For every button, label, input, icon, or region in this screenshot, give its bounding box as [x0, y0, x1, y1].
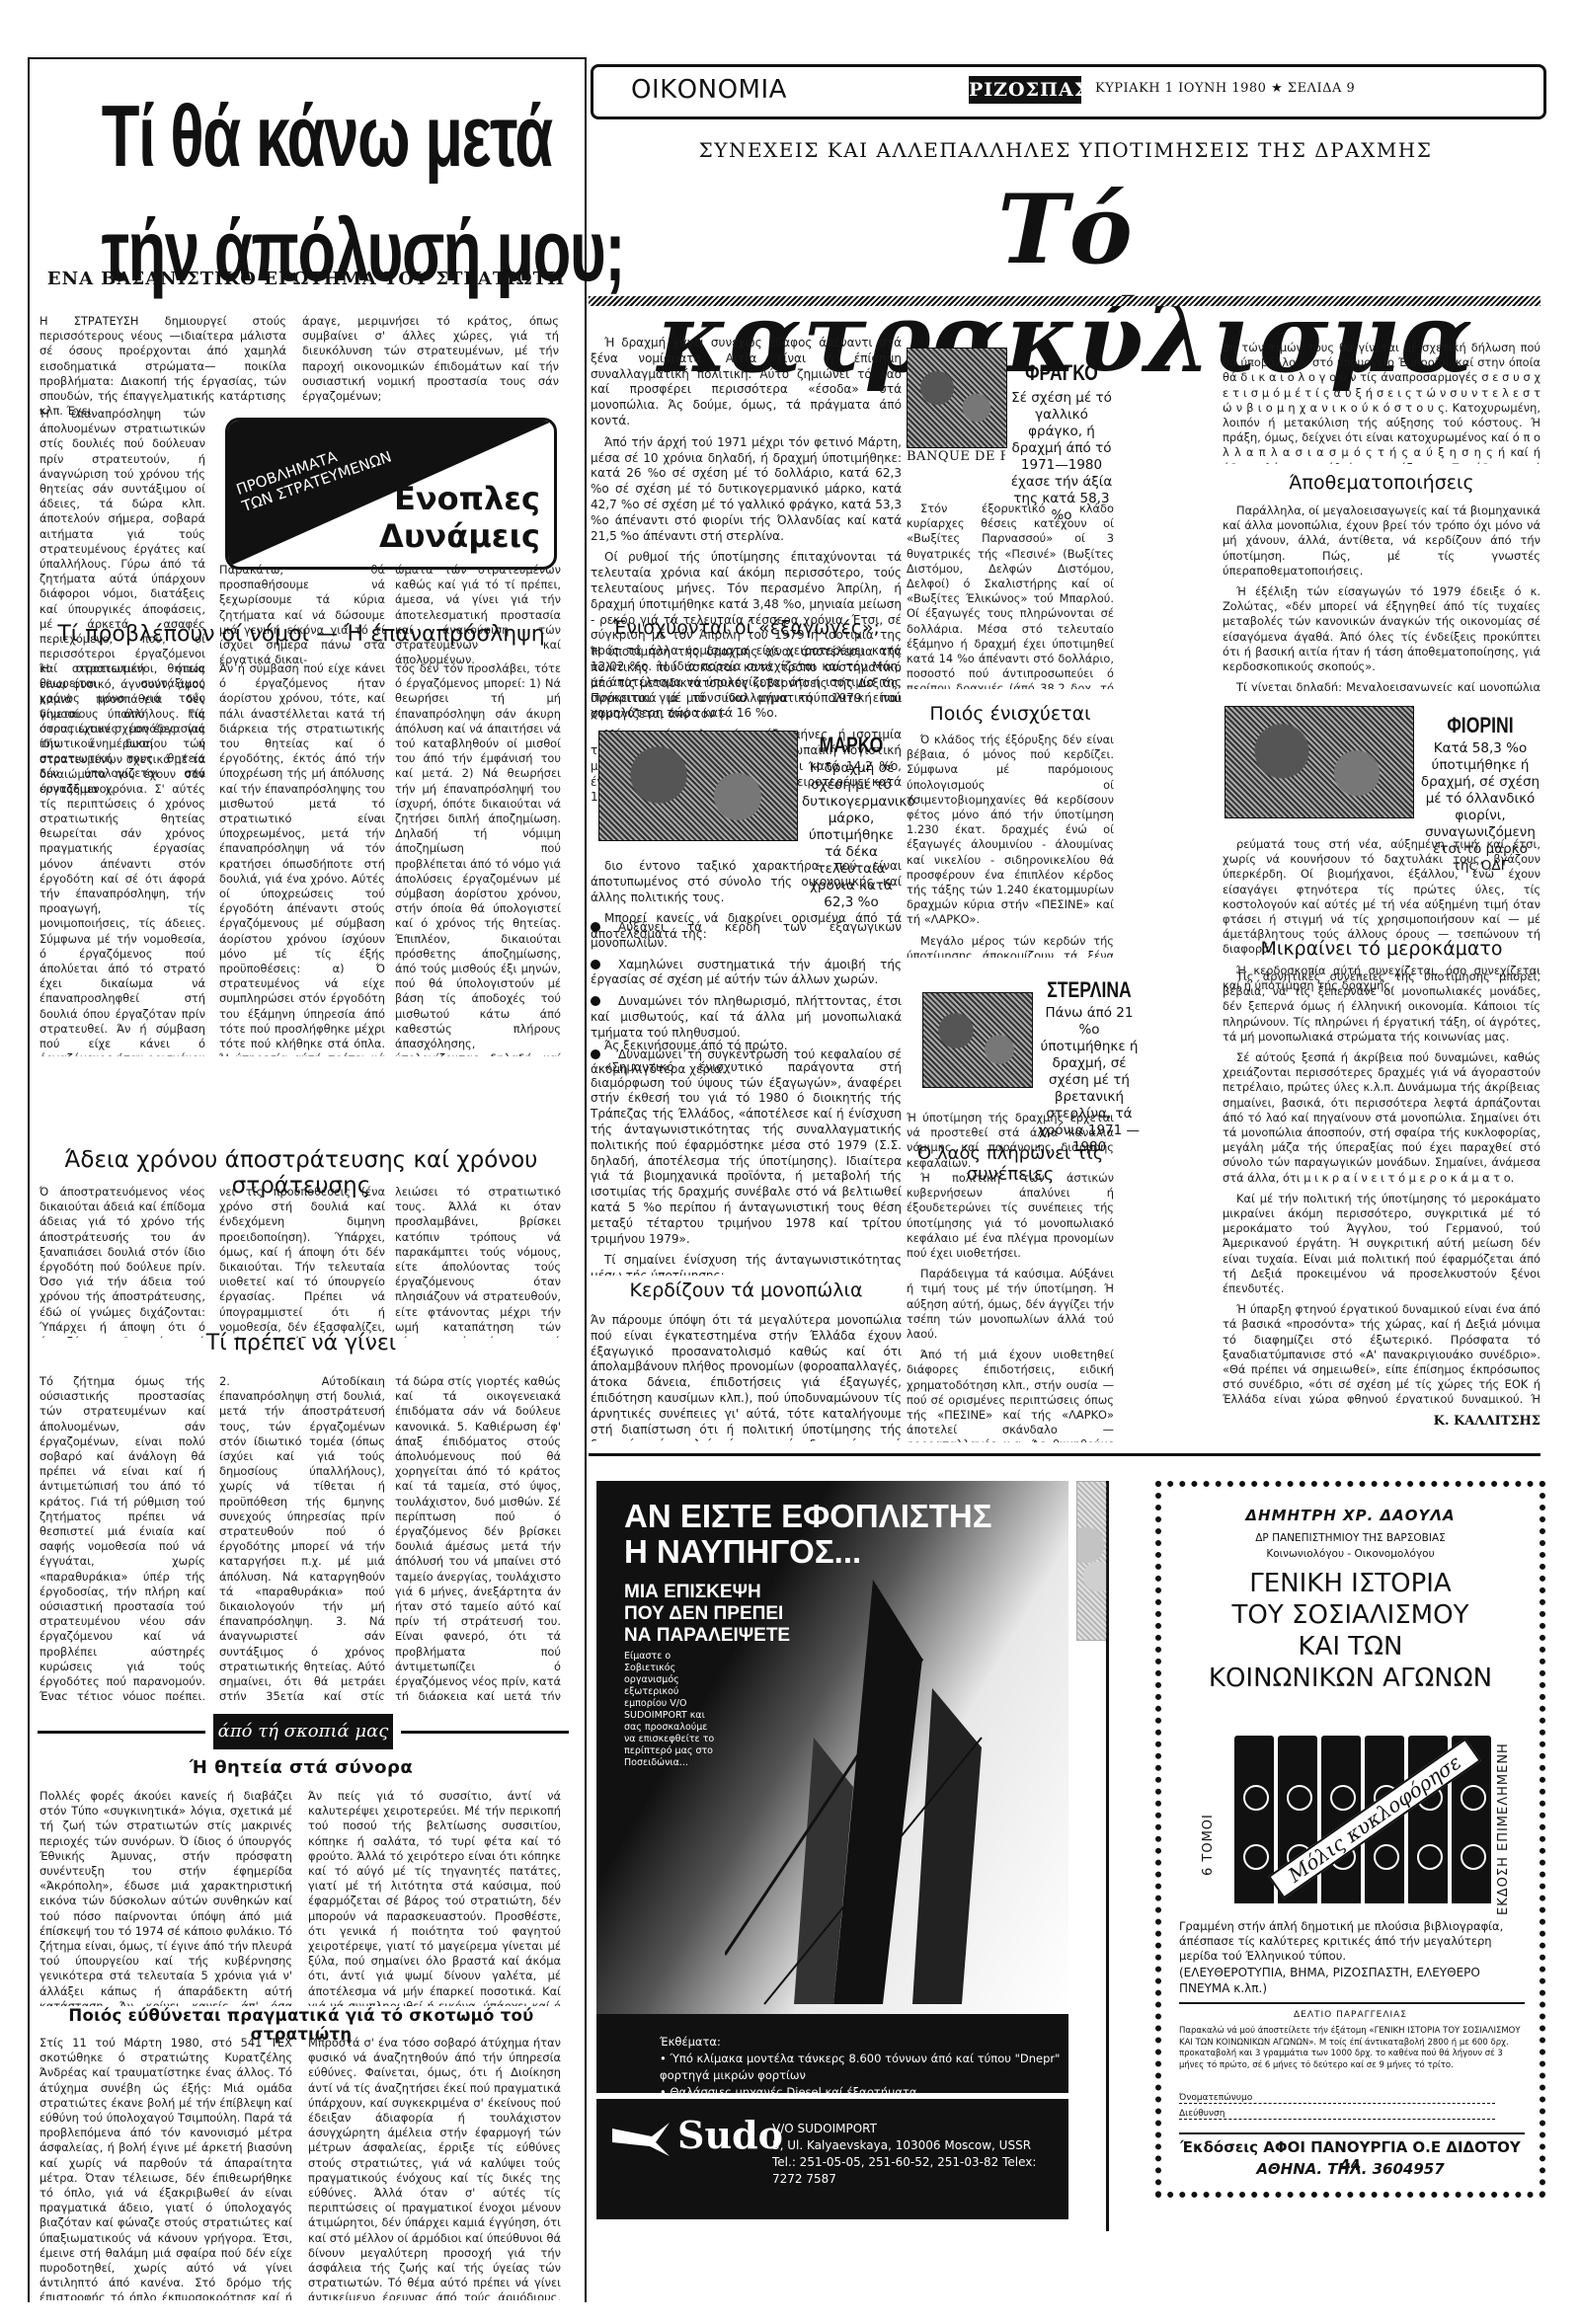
must-do-col-3: τά δώρα στίς γιορτές καθώς καί τά οικογε… [395, 1374, 561, 1700]
monopoly-heading: Κερδίζουν τά μονοπώλια [591, 1279, 902, 1301]
death-col-1: Στίς 11 τού Μάρτη 1980, στό 541 ΤΕΧ σκοτ… [39, 2036, 292, 2300]
below-banner-1: Παρακάτω, θά προσπαθήσουμε νά ξεχωρίσουμ… [219, 563, 385, 667]
laws-col-1: Ή στρατιωτική θητεία θεωρείται συντάξιμο… [39, 661, 205, 1056]
ad-footer: Sudo V/O SUDOIMPORT 5, Ul. Kalyaevskaya,… [596, 2093, 1068, 2198]
volumes-label: 6 ΤΟΜΟΙ [1201, 1814, 1216, 1876]
bullet-item: Χαμηλώνει συστηματικά τήν άμοιβή τής έργ… [591, 958, 902, 989]
leave-col-3: λειώσει τό στρατιωτικό τους. Άλλά κι ότα… [395, 1185, 561, 1338]
sudo-logo-icon [612, 2123, 671, 2158]
edition-label: ΕΚΔΟΣΗ ΕΠΙΜΕΛΗΜΕΝΗ [1496, 1743, 1511, 1915]
pound-banknote-image [922, 992, 1033, 1088]
laws-col-2: Άν ή σύμβαση πού είχε κάνει ό έργαζόμενο… [219, 661, 385, 1056]
exports-para: Ή ύποτίμηση τής δραχμής είναι άποτέλεσμα… [591, 645, 902, 723]
partial-image [1076, 1481, 1108, 1641]
death-col-2: Μπροστά σ' ένα τόσο σοβαρό άτύχημα ήταν … [308, 2036, 561, 2300]
florin-title: ΦΙΟΡΙΝΙ [1432, 713, 1529, 738]
newspaper-logo: ΡΙΖΟΣΠΑΣΤΗΣ [969, 76, 1081, 104]
exhibit-item: • Ύπό κλίμακα μοντέλα τάνκερς 8.600 τόνν… [660, 2051, 1068, 2084]
florin-banknote-image [1224, 706, 1414, 818]
franc-banknote-caption: BANQUE DE FRANCE [907, 449, 1005, 464]
ad-headline-2: Η ΝΑΥΠΗΓΟΣ... [624, 1534, 861, 1570]
bullet-item: Αύξάνει τά κέρδη τών έξαγωγικών μονοπωλί… [591, 920, 902, 952]
divider-right [401, 1731, 569, 1734]
order-rule-bottom [1179, 2132, 1525, 2134]
intro-right: άραγε, μεριμνήσει τό κράτος, όπως συμβαί… [302, 314, 559, 404]
banner-title: Ένοπλες Δυνάμεις [379, 480, 540, 555]
left-article-subtitle: ΕΝΑ ΒΑΣΑΝΙΣΤΙΚΟ ΕΡΩΤΗΜΑ ΤΟΥ ΣΤΡΑΤΙΩΤΗ [30, 269, 583, 289]
book-advertisement: ΔΗΜΗΤΡΗ ΧΡ. ΔΑΟΥΛΑ ΔΡ ΠΑΝΕΠΙΣΤΗΜΙΟΥ ΤΗΣ … [1155, 1481, 1545, 2198]
section-label: ΟΙΚΟΝΟΜΙΑ [631, 75, 787, 105]
publisher-line-2: ΑΘΗΝΑ. ΤΗΛ. 3604957 [1175, 2160, 1526, 2178]
book-profession: Κοινωνιολόγου - Οικονομολόγου [1175, 1548, 1526, 1560]
section-heading-must-do: Τί πρέπει νά γίνει [39, 1331, 563, 1356]
title-line-2: τήν άπόλυσή μου; [102, 194, 471, 308]
book-credential: ΔΡ ΠΑΝΕΠΙΣΤΗΜΙΟΥ ΤΗΣ ΒΑΡΣΟΒΙΑΣ [1175, 1532, 1526, 1544]
ad-sub-3: ΝΑ ΠΑΡΑΛΕΙΨΕΤΕ [624, 1625, 790, 1647]
sudoimport-advertisement: ΑΝ ΕΙΣΤΕ ΕΦΟΠΛΙΣΤΗΣ Η ΝΑΥΠΗΓΟΣ... ΜΙΑ ΕΠ… [596, 1481, 1068, 2219]
must-do-col-1: Τό ζήτημα όμως τής ούσιαστικής προστασία… [39, 1374, 205, 1700]
book-blurb: Γραμμένη στήν άπλή δημοτική με πλούσια β… [1179, 1919, 1525, 1964]
book-author: ΔΗΜΗΤΡΗ ΧΡ. ΔΑΟΥΛΑ [1175, 1507, 1526, 1524]
name-field[interactable]: Όνοματεπώνυμο [1179, 2093, 1495, 2104]
franc-banknote-image [907, 348, 1007, 448]
after-bullets: Άς ξεκινήσουμε άπό τό πρώτο. «Σημαντικό … [591, 1039, 902, 1276]
hoard-paras: Παράλληλα, οί μεγαλοεισαγωγείς καί τά βι… [1223, 504, 1540, 691]
ad-sub-2: ΠΟΥ ΔΕΝ ΠΡΕΠΕΙ [624, 1603, 783, 1625]
order-form-title: ΔΕΛΤΙΟ ΠΑΡΑΓΓΕΛΙΑΣ [1175, 2010, 1526, 2020]
pound-title: ΣΤΕΡΛΙΝΑ [1046, 977, 1133, 1003]
sudo-contact: V/O SUDOIMPORT 5, Ul. Kalyaevskaya, 1030… [772, 2121, 1068, 2188]
bullet-icon [591, 996, 600, 1006]
must-do-col-2: 2. Αύτοδίκαιη έπαναπρόσληψη στή δουλιά, … [219, 1374, 385, 1700]
monopoly-para: Άν πάρουμε ύπόψη ότι τά μεγαλύτερα μονοπ… [591, 1313, 902, 1441]
article-bottom-rule [589, 1453, 1540, 1456]
address-field[interactable]: Διεύθυνση [1179, 2109, 1495, 2120]
sudo-brand: Sudo [677, 2113, 783, 2157]
books-illustration: Μόλις κυκλοφόρησε [1234, 1736, 1491, 1913]
border-col-2: Άν πείς γιά τό συσσίτιο, άντί νά καλυτερ… [308, 1789, 561, 2006]
book-volume [1234, 1736, 1274, 1903]
section-heading-laws: Τί προβλέπουν οί νόμοι — Ή έπαναπρόσληψη [39, 622, 563, 647]
order-rule-top [1179, 2002, 1525, 2004]
who-paras: Ό κλάδος τής έξόρυξης δέν είναι βέβαια, … [907, 733, 1114, 958]
article-kicker: ΣΥΝΕΧΕΙΣ ΚΑΙ ΑΛΛΕΠΑΛΛΗΛΕΣ ΥΠΟΤΙΜΗΣΕΙΣ ΤΗ… [591, 138, 1540, 162]
ad-small-intro: Είμαστε ο Σοβιετικός οργανισμός εξωτερικ… [624, 1651, 719, 1769]
franc-title: ΦΡΑΓΚΟ [1018, 360, 1105, 386]
mark-title: ΜΑΡΚΟ [812, 733, 891, 758]
laws-col-3: τός δέν τόν προσλάβει, τότε ό έργαζόμενο… [395, 661, 561, 1056]
people-paras: Ή πολιτική τών άστικών κυβερνήσεων άπαλύ… [907, 1171, 1114, 1442]
order-form-text: Παρακαλώ νά μού άποστείλετε τήν έξάτομη … [1179, 2026, 1525, 2071]
border-col-1: Πολλές φορές άκούει κανείς ή διαβάζει στ… [39, 1789, 292, 2006]
column-tag: άπό τή σκοπιά μας [213, 1714, 393, 1749]
hoard-heading: Άποθεματοποιήσεις [1223, 472, 1540, 494]
mark-banknote-image [598, 731, 798, 841]
byline: Κ. ΚΑΛΛΙΤΣΗΣ [1412, 1414, 1540, 1429]
bullet-icon [591, 960, 600, 969]
column-tag-bar: άπό τή σκοπιά μας [38, 1714, 569, 1749]
book-title: ΓΕΝΙΚΗ ΙΣΤΟΡΙΑ ΤΟΥ ΣΟΣΙΑΛΙΣΜΟΥ ΚΑΙ ΤΩΝ Κ… [1175, 1568, 1526, 1694]
intro-left: Η ΣΤΡΑΤΕΥΣΗ δημιουργεί στούς περισσότερο… [39, 314, 286, 419]
leave-col-2: νει τίς προϋποθέσεις (ένα χρόνο στή δουλ… [219, 1185, 385, 1338]
bullet-icon [591, 922, 600, 932]
below-banner-2: ώματα τών στρατευμένων καθώς καί γιά τό … [395, 563, 561, 667]
dateline: ΚΥΡΙΑΚΗ 1 ΙΟΥΝΗ 1980 ★ ΣΕΛΙΔΑ 9 [1095, 81, 1355, 96]
right-col3-top: ση τών τιμών τους θά γίνεται μέ σχετική … [1223, 341, 1540, 464]
hatched-divider [589, 296, 1540, 306]
armed-forces-banner: ΠΡΟΒΛΗΜΑΤΑ ΤΩΝ ΣΤΡΑΤΕΥΜΕΝΩΝ Ένοπλες Δυνά… [225, 418, 557, 570]
bullet-item: Δυναμώνει τόν πληθωρισμό, πλήττοντας, έτ… [591, 994, 902, 1041]
page-header-bar: ΟΙΚΟΝΟΜΙΑ ΡΙΖΟΣΠΑΣΤΗΣ ΚΥΡΙΑΚΗ 1 ΙΟΥΝΗ 19… [591, 64, 1546, 119]
ad-headline-1: ΑΝ ΕΙΣΤΕ ΕΦΟΠΛΙΣΤΗΣ [624, 1499, 992, 1534]
title-line-1: Τί θά κάνω μετά [102, 79, 471, 194]
right-col2-paras: Στόν έξορυκτικό κλάδο κυρίαρχες θέσεις κ… [907, 502, 1114, 689]
exports-heading: Ένισχύονται οί «έξαγωγές»; [591, 617, 902, 639]
wage-paras: Τίς άρνητικές συνέπειες τής ύποτίμησης μ… [1223, 969, 1540, 1404]
who-heading: Ποιός ένισχύεται [907, 703, 1114, 725]
book-press: (ΕΛΕΥΘΕΡΟΤΥΠΙΑ, ΒΗΜΑ, ΡΙΖΟΣΠΑΣΤΗ, ΕΛΕΥΘΕ… [1179, 1965, 1525, 1996]
wage-heading: Μικραίνει τό μεροκάματο [1223, 938, 1540, 960]
border-heading: Ή θητεία στά σύνορα [39, 1757, 563, 1778]
ad-sub-1: ΜΙΑ ΕΠΙΣΚΕΨΗ [624, 1582, 761, 1603]
leave-col-1: Ό άποστρατευόμενος νέος δικαιούται άδειά… [39, 1185, 205, 1338]
divider-left [38, 1731, 205, 1734]
